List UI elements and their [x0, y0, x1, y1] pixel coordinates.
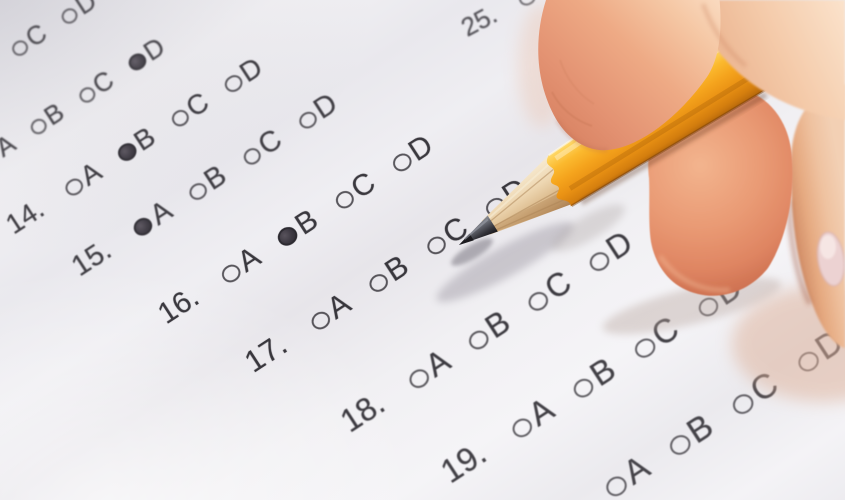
index-finger-blur-halo: [518, 4, 566, 128]
knuckle-crease: [703, 4, 746, 66]
option-a: A: [502, 390, 561, 447]
shaft-bottom-rim: [572, 80, 773, 211]
option-d: D: [788, 322, 845, 382]
option-c: C: [163, 86, 215, 135]
bubble-icon: [517, 0, 538, 8]
option-b: B: [459, 303, 517, 358]
option-c: C: [723, 365, 786, 425]
answer-row-25-partial: 25.A: [456, 0, 559, 43]
shaft-facet-highlight: [553, 35, 743, 158]
fingertip-crease: [560, 60, 594, 104]
pencil-shaft: [532, 28, 773, 215]
option-b: B: [359, 248, 415, 302]
answer-row-12-partial: C D: [4, 0, 102, 64]
option-d: D: [121, 31, 171, 78]
index-finger: [538, 0, 720, 150]
fingernail: [814, 230, 845, 287]
option-b: B: [23, 97, 70, 143]
finger-crease: [789, 200, 810, 304]
index-finger-edge-shadow: [557, 120, 608, 150]
option-d: D: [384, 128, 439, 180]
option-letter: A: [0, 128, 21, 163]
answer-row-16: 16.A B C D: [152, 128, 439, 331]
option-a: A: [213, 240, 267, 291]
answer-row-19: 19.A B C D: [434, 268, 749, 491]
question-number: 17.: [238, 327, 294, 381]
fingernail-highlight: [820, 235, 836, 259]
option-a: A: [301, 285, 357, 339]
answer-sheet-photo: C D A B C D 14.A B C D 15.A B C D 16.A B…: [0, 0, 845, 500]
option-d: D: [54, 0, 103, 32]
ring-finger: [789, 84, 845, 348]
option-a: A: [125, 194, 178, 245]
option-a: A: [512, 0, 559, 14]
option-c: C: [625, 309, 686, 367]
option-a: A: [399, 342, 457, 397]
option-c: C: [519, 264, 578, 320]
option-d: D: [217, 51, 269, 100]
option-b: B: [181, 159, 233, 209]
option-c: C: [327, 166, 382, 218]
option-a: A: [596, 448, 657, 500]
question-number: 16.: [152, 280, 206, 331]
option-d: D: [688, 268, 749, 326]
question-number: 15.: [66, 234, 118, 284]
option-c: C: [417, 209, 474, 264]
option-d: D: [476, 171, 533, 226]
question-number: 18.: [334, 385, 391, 440]
shaft-facet-shadow: [570, 67, 762, 191]
option-a: A: [57, 155, 107, 203]
hand-knuckle-mass: [684, 0, 845, 120]
option-b: B: [659, 407, 720, 466]
question-number: 25.: [456, 0, 502, 43]
question-number: 19.: [434, 434, 493, 491]
shaft-top-rim: [545, 28, 739, 155]
option-b: B: [563, 350, 622, 407]
option-c: C: [4, 17, 53, 64]
option-d: D: [580, 224, 639, 280]
option-a: A: [0, 128, 21, 174]
option-c: C: [71, 64, 120, 111]
middle-finger: [648, 87, 792, 296]
fingertip-crease: [552, 92, 592, 126]
option-d: D: [290, 87, 343, 138]
shaft-under-shadow: [581, 88, 766, 210]
question-number: 14.: [0, 193, 50, 241]
option-b: B: [110, 121, 162, 170]
option-c: C: [235, 123, 288, 174]
option-b: B: [269, 203, 324, 255]
